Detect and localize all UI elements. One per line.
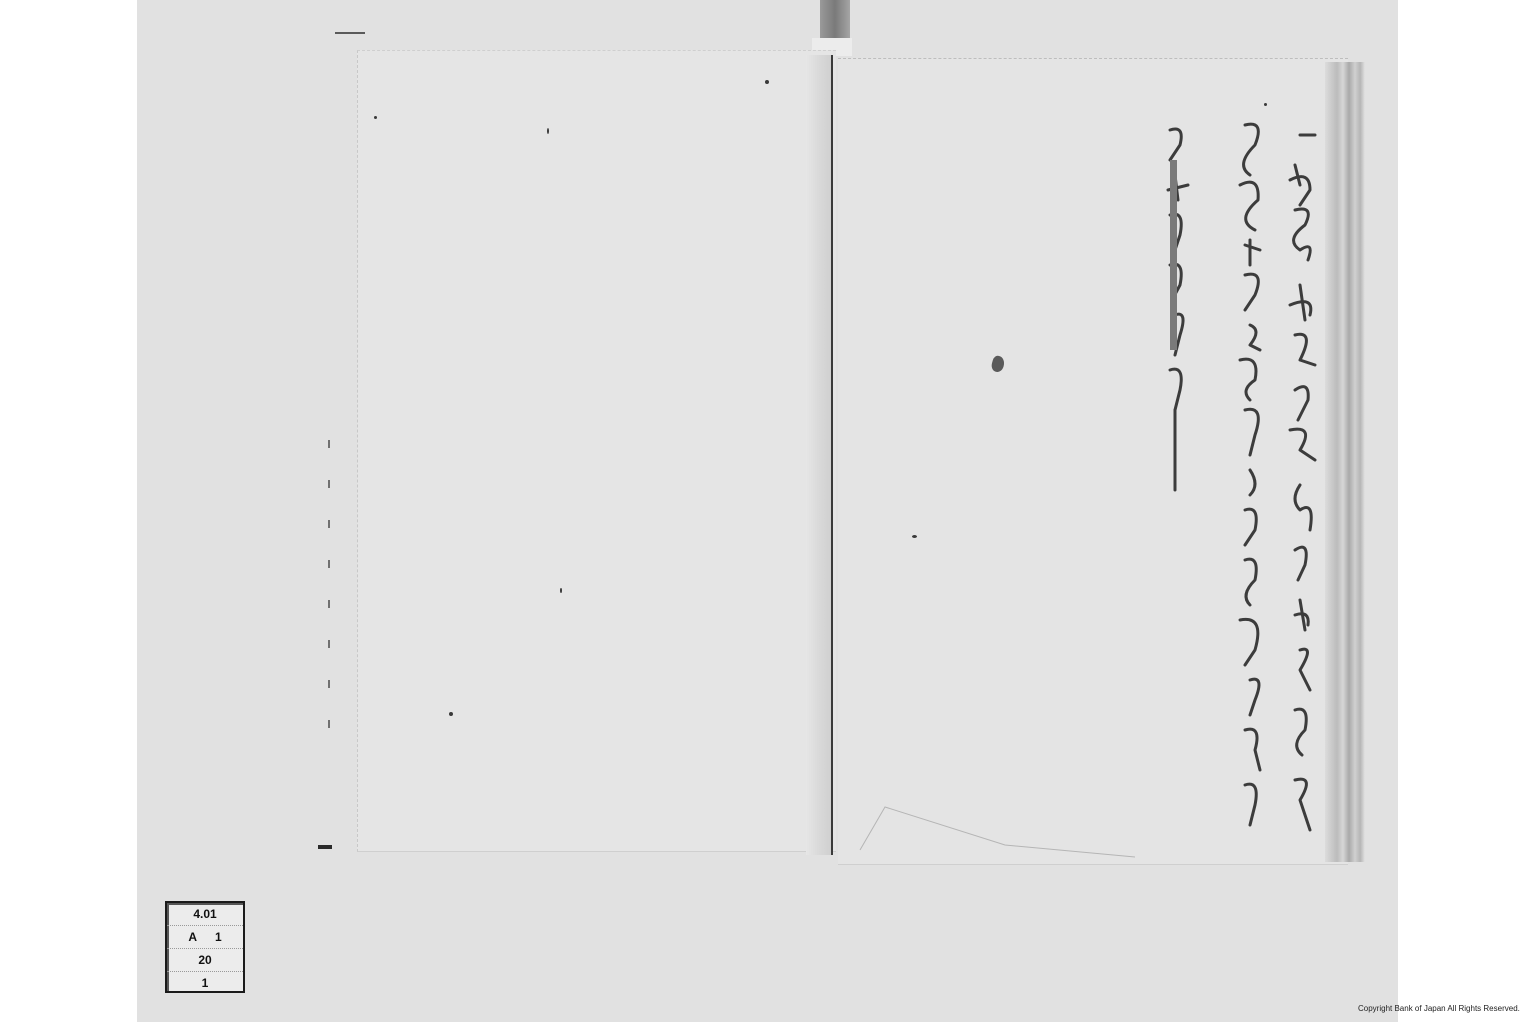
speck [560,588,562,593]
page-fold-crease [855,805,1155,860]
label-row: 1 [167,972,243,994]
corner-mark [318,845,332,849]
label-row: A 1 [167,926,243,949]
copyright-notice: Copyright Bank of Japan All Rights Reser… [1358,1004,1520,1013]
speck [765,80,769,84]
label-series-number: 1 [215,926,222,948]
label-row: 4.01 [167,903,243,926]
archive-label: 4.01 A 1 20 1 [165,901,245,993]
binding-tab [820,0,850,42]
frame-corner-mark [335,32,365,34]
left-page [357,50,836,852]
label-volume: 20 [198,949,211,971]
speck [374,116,377,119]
gutter-strip [806,55,832,855]
handwritten-text-columns [1150,90,1320,850]
label-row: 20 [167,949,243,972]
speck [547,128,549,134]
frame-left-edge [328,440,330,740]
speck [912,535,917,538]
label-code: 4.01 [193,903,216,925]
speck [449,712,453,716]
label-item: 1 [202,972,209,994]
gutter-line [831,55,833,855]
page-stack-edge [1325,62,1365,862]
label-series: A [188,926,197,948]
